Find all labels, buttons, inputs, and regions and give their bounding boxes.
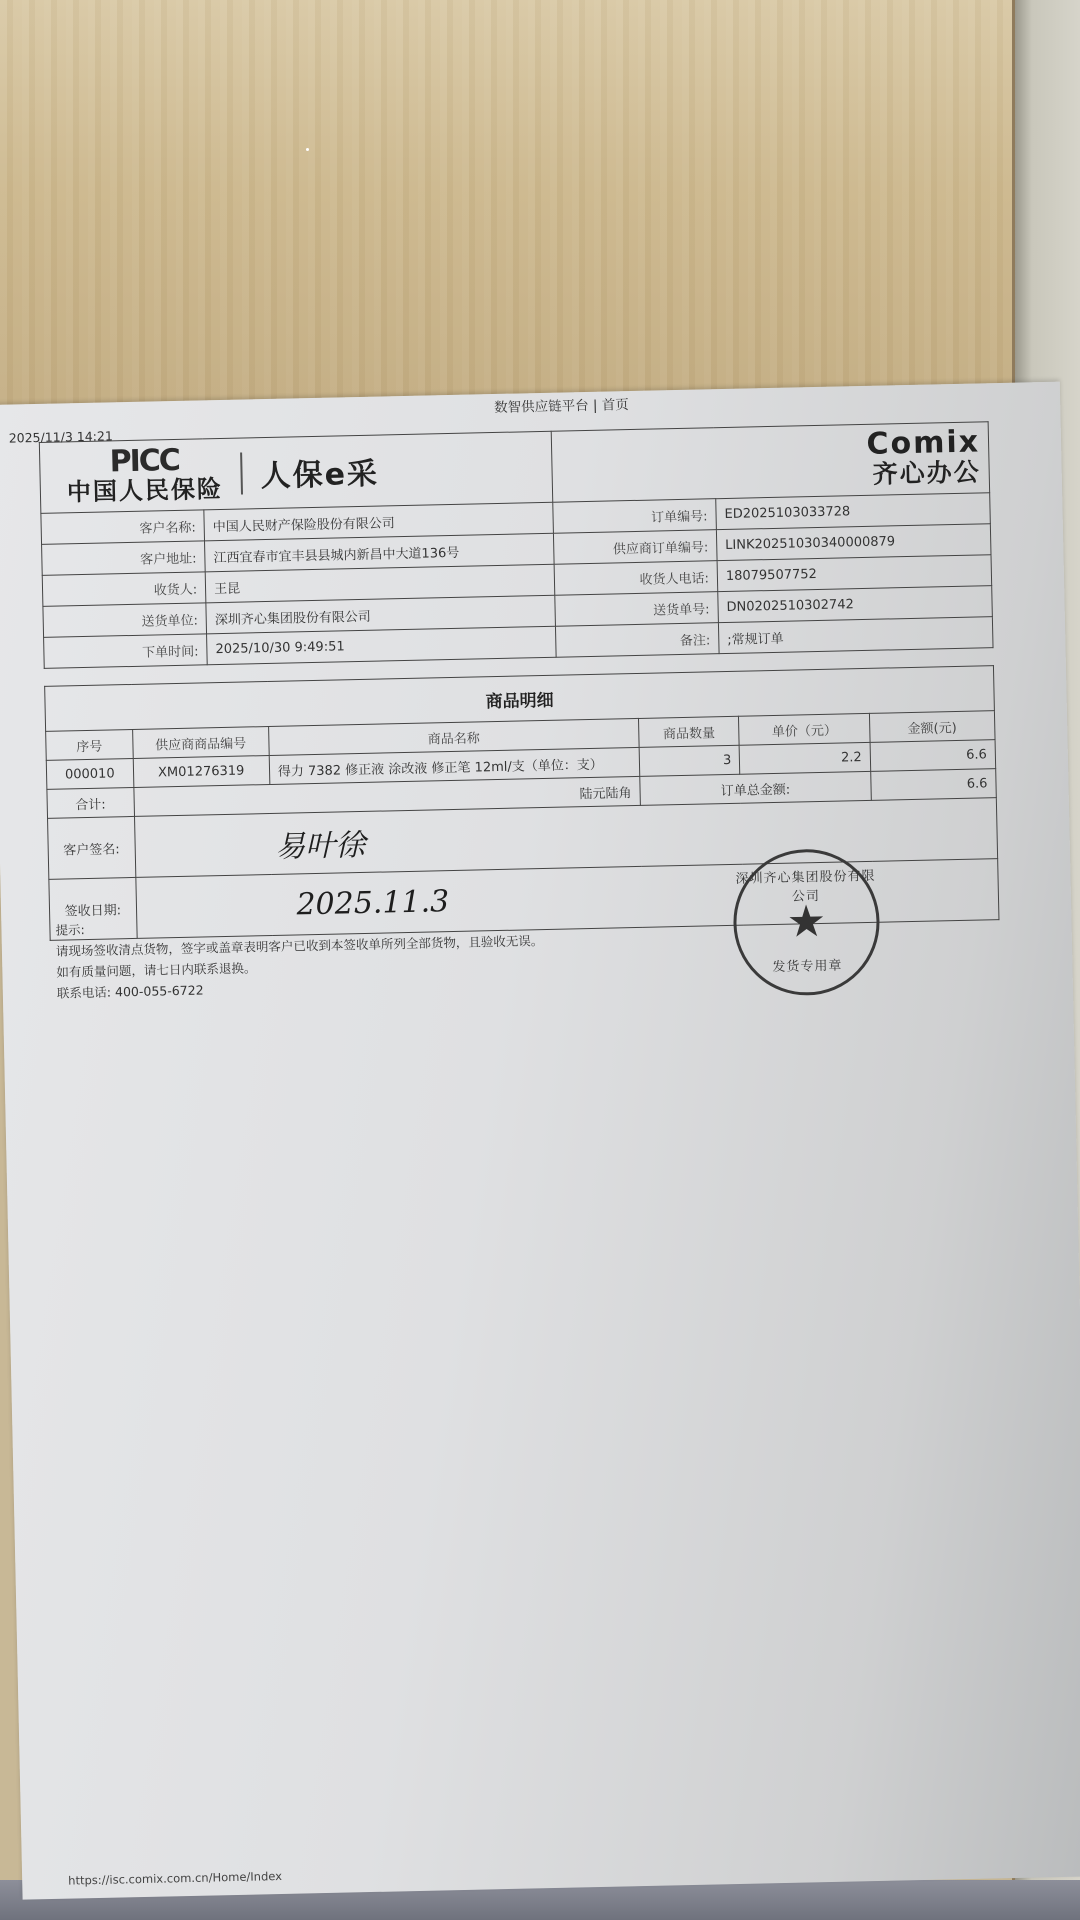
row-seq: 000010 bbox=[46, 758, 133, 789]
order-time-value: 2025/10/30 9:49:51 bbox=[207, 626, 557, 665]
customer-address-label: 客户地址: bbox=[42, 541, 206, 576]
row-unit-price: 2.2 bbox=[740, 742, 871, 774]
recipient-phone-label: 收货人电话: bbox=[554, 561, 717, 596]
contact-phone: 400-055-6722 bbox=[115, 982, 204, 999]
remarks-label: 备注: bbox=[556, 623, 719, 658]
picc-cn-name: 中国人民保险 bbox=[67, 475, 224, 507]
col-header-sku: 供应商商品编号 bbox=[132, 727, 269, 759]
order-info-table: PICC 中国人民保险 人保e采 Comix 齐心办公 客户名称: 中国人民财产… bbox=[39, 421, 994, 669]
row-amount: 6.6 bbox=[870, 740, 996, 772]
order-no-label: 订单编号: bbox=[553, 499, 716, 534]
notes-section: 提示: 请现场签收清点货物，签字或盖章表明客户已收到本签收单所列全部货物，且验收… bbox=[55, 909, 544, 1004]
total-label: 合计: bbox=[47, 787, 134, 818]
star-icon: ★ bbox=[786, 900, 826, 945]
contact-label: 联系电话: bbox=[57, 985, 112, 1001]
dust-speck bbox=[306, 148, 309, 151]
remarks-value: ;常规订单 bbox=[718, 617, 993, 654]
order-time-label: 下单时间: bbox=[44, 634, 208, 669]
logo-divider bbox=[240, 452, 243, 494]
footer-url: https://isc.comix.com.cn/Home/Index bbox=[68, 1869, 282, 1888]
col-header-qty: 商品数量 bbox=[638, 716, 739, 747]
platform-header: 数智供应链平台 | 首页 bbox=[494, 393, 629, 416]
picc-platform-logo: 人保e采 bbox=[260, 449, 379, 496]
order-total-value: 6.6 bbox=[870, 769, 996, 801]
customer-name-label: 客户名称: bbox=[41, 510, 205, 545]
col-header-seq: 序号 bbox=[46, 729, 133, 760]
col-header-amount: 金额(元) bbox=[869, 711, 995, 743]
delivery-receipt-paper: 2025/11/3 14:21 数智供应链平台 | 首页 PICC 中国人民保险… bbox=[0, 382, 1080, 1900]
signature-label: 客户签名: bbox=[48, 816, 136, 879]
col-header-unit-price: 单价（元） bbox=[739, 713, 870, 745]
picc-logo: PICC bbox=[109, 445, 179, 477]
stamp-company-text: 深圳齐心集团股份有限公司 bbox=[735, 865, 876, 906]
comix-logo-cell: Comix 齐心办公 bbox=[552, 422, 990, 503]
row-sku: XM01276319 bbox=[133, 755, 270, 787]
wooden-desk-background bbox=[0, 0, 1015, 420]
delivery-no-label: 送货单号: bbox=[555, 592, 718, 627]
supplier-order-no-label: 供应商订单编号: bbox=[554, 530, 717, 565]
delivery-company-label: 送货单位: bbox=[43, 603, 207, 638]
picc-logo-cell: PICC 中国人民保险 人保e采 bbox=[39, 431, 553, 513]
recipient-label: 收货人: bbox=[42, 572, 206, 607]
row-qty: 3 bbox=[639, 745, 740, 776]
handwritten-signature: 易叶徐 bbox=[275, 828, 366, 865]
company-seal-stamp: 深圳齐心集团股份有限公司 ★ 发货专用章 bbox=[732, 848, 881, 997]
stamp-purpose-text: 发货专用章 bbox=[737, 954, 877, 976]
